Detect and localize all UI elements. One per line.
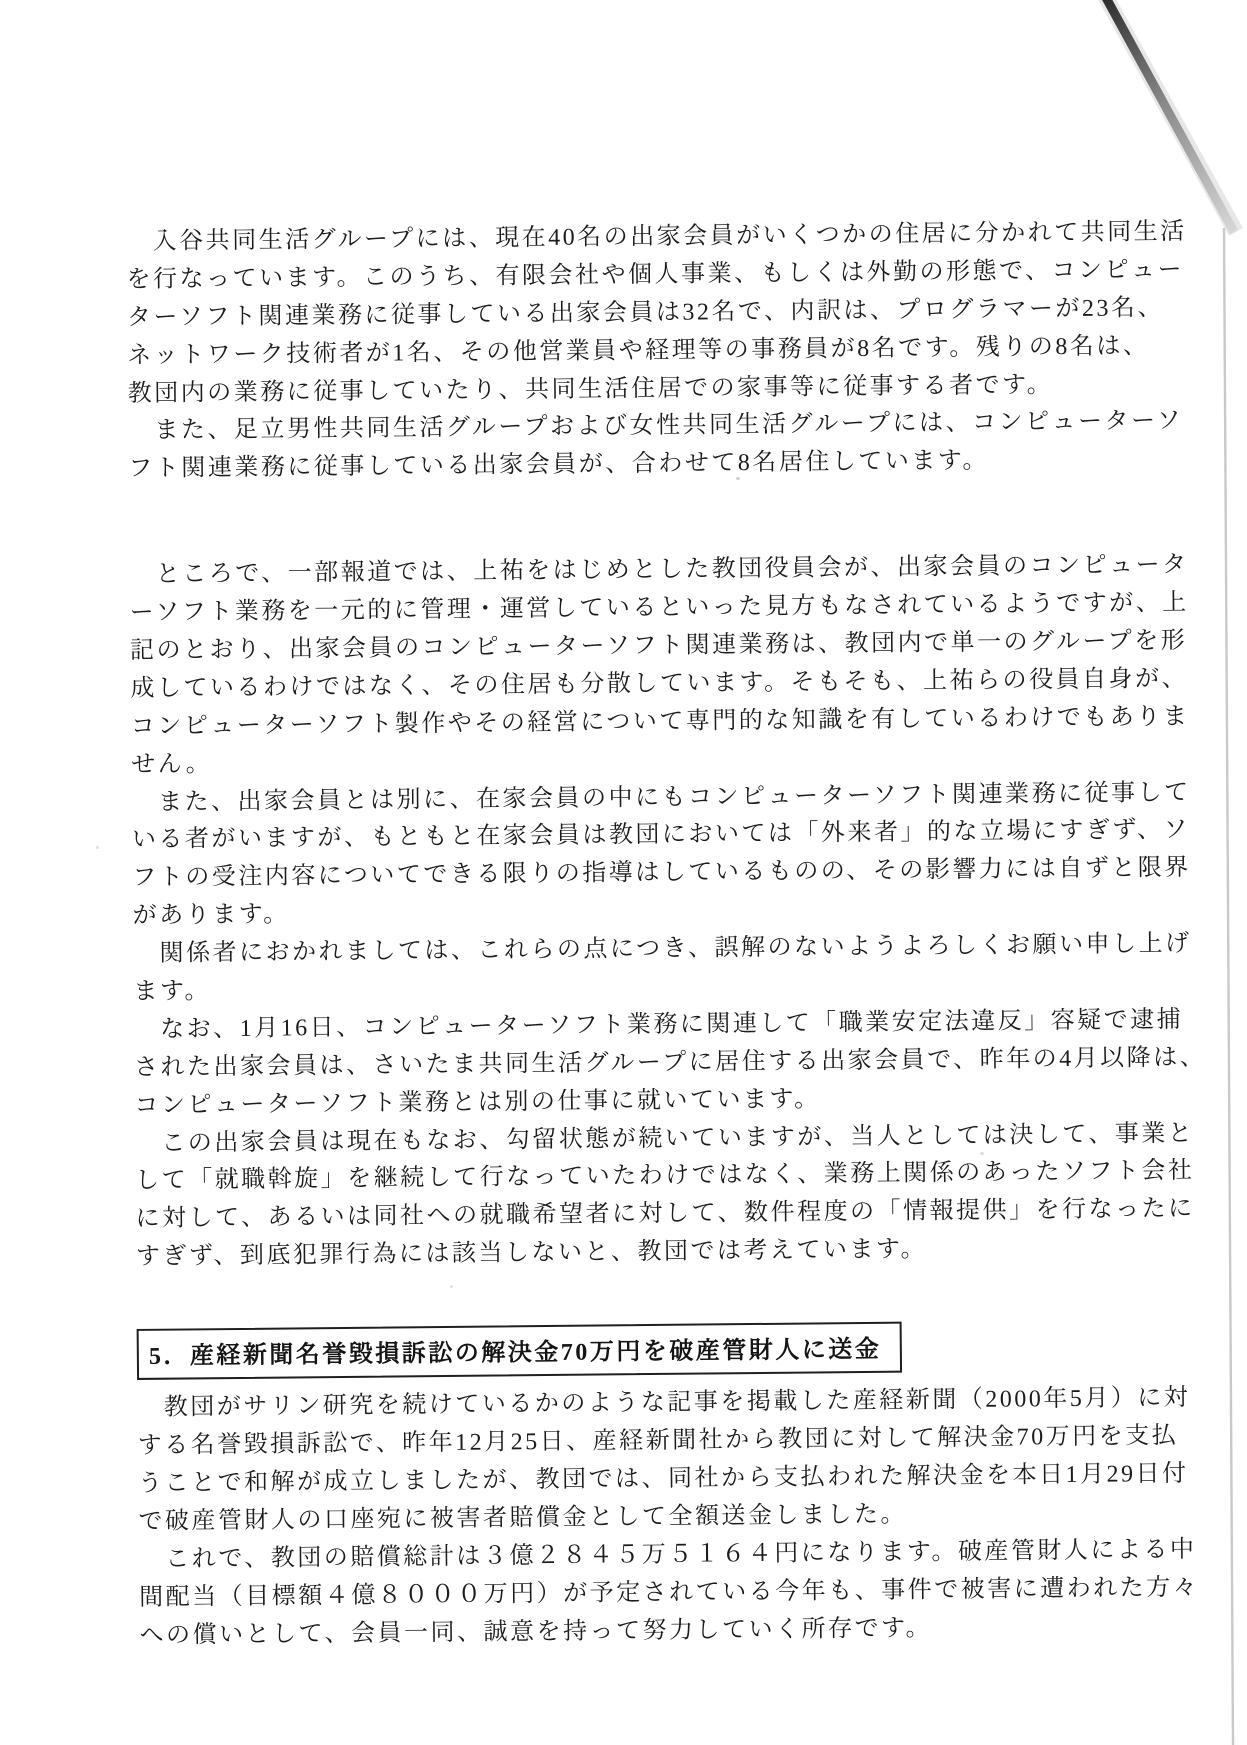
text-line: すぎず、到底犯罪行為には該当しないと、教団では考えています。 bbox=[136, 1230, 1124, 1277]
scan-speck bbox=[980, 1152, 984, 1155]
paper-edge-line bbox=[1224, 228, 1233, 1745]
paragraph-arrest-jan16: なお、1月16日、コンピューターソフト業務に関連して「職業安定法違反」容疑で逮捕… bbox=[134, 1002, 1123, 1125]
paragraph-compensation-total: これで、教団の賠償総計は３億２８４５万５１６４円になります。破産管財人による中間… bbox=[139, 1532, 1128, 1655]
paragraph-adachi-group: また、足立男性共同生活グループおよび女性共同生活グループには、コンピューターソフ… bbox=[128, 404, 1117, 489]
section5-heading: 5．産経新聞名誉毀損訴訟の解決金70万円を破産管財人に送金 bbox=[137, 1322, 902, 1380]
fold-soft-shadow bbox=[1104, 0, 1236, 232]
scan-speck bbox=[736, 477, 740, 480]
scan-speck bbox=[96, 846, 99, 849]
paragraph-iriya-group: 入谷共同生活グループには、現在40名の出家会員がいくつかの住居に分かれて共同生活… bbox=[126, 215, 1116, 414]
scan-speck bbox=[450, 1285, 453, 1288]
scanned-page: 入谷共同生活グループには、現在40名の出家会員がいくつかの住居に分かれて共同生活… bbox=[0, 0, 1247, 1745]
document-body: 入谷共同生活グループには、現在40名の出家会員がいくつかの住居に分かれて共同生活… bbox=[126, 215, 1128, 1656]
paragraph-media-reports: ところで、一部報道では、上祐をはじめとした教団役員会が、出家会員のコンピューター… bbox=[129, 548, 1119, 785]
paragraph-lay-members: また、出家会員とは別に、在家会員の中にもコンピューターソフト関連業務に従事してい… bbox=[131, 775, 1120, 936]
fold-corner-triangle bbox=[1104, 0, 1247, 252]
paragraph-sankei-settlement: 教団がサリン研究を続けているかのような記事を掲載した産経新聞（2000年5月）に… bbox=[137, 1381, 1126, 1542]
fold-crease-line bbox=[1104, 0, 1234, 232]
paragraph-request-no-misunderstanding: 関係者におかれましては、これらの点につき、誤解のないようよろしくお願い申し上げま… bbox=[133, 927, 1122, 1012]
paragraph-detention: この出家会員は現在もなお、勾留状態が続いていますが、当人としては決して、事業とし… bbox=[135, 1116, 1124, 1277]
text-line: フト関連業務に従事している出家会員が、合わせて8名居住しています。 bbox=[128, 442, 1116, 489]
